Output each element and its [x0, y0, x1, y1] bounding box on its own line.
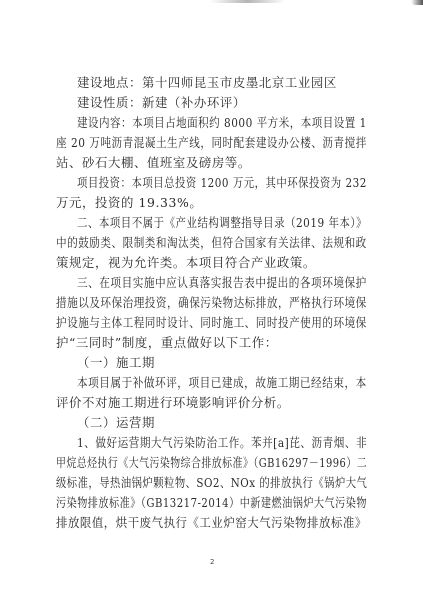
scan-edge-shadow: [210, 0, 285, 3]
text-line: 污染物排放标准》（GB13217-2014）中新建燃油锅炉大气污染物: [56, 496, 367, 510]
text-line: 1、做好运营期大气污染防治工作。苯并[a]芘、沥青烟、非: [77, 436, 367, 450]
text-line: 本项目属于补做环评，项目已建成，故施工期已经结束，本: [77, 376, 367, 390]
text-line: 护“三同时”制度，重点做好以下工作：: [56, 336, 278, 350]
text-line: 万元，投资的 19.33%。: [56, 196, 202, 210]
text-line: 级标准，导热油锅炉颗粒物、SO2、NOx 的排放执行《锅炉大气: [56, 476, 367, 490]
text-line: 护设施与主体工程同时设计、同时施工、同时投产使用的环境保: [56, 316, 367, 330]
text-line: 排放限值，烘干废气执行《工业炉窑大气污染物排放标准》: [56, 516, 367, 530]
text-line: 座 20 万吨沥青混凝土生产线，同时配套建设办公楼、沥青搅拌: [56, 136, 367, 150]
text-line: 建设性质：新建（补办环评）: [77, 96, 246, 110]
page-number: 2: [210, 558, 214, 566]
text-line: 建设内容：本项目占地面积约 8000 平方米，本项目设置 1: [77, 116, 367, 130]
text-line: 建设地点：第十四师昆玉市皮墨北京工业园区: [77, 76, 337, 90]
scan-corner-shadow: [411, 0, 423, 5]
text-line: 甲烷总烃执行《大气污染物综合排放标准》（GB16297－1996）二: [56, 456, 367, 470]
text-line: 项目投资：本项目总投资 1200 万元，其中环保投资为 232: [77, 176, 367, 190]
text-line: 中的鼓励类、限制类和淘汰类，但符合国家有关法律、法规和政: [56, 236, 367, 250]
text-line: 站、砂石大棚、值班室及磅房等。: [56, 156, 251, 170]
text-line: 策规定，视为允许类。本项目符合产业政策。: [56, 256, 316, 270]
text-line: （二）运营期: [77, 416, 155, 430]
text-line: 三、在项目实施中应认真落实报告表中提出的各项环境保护: [77, 276, 367, 290]
text-line: 措施以及环保治理投资，确保污染物达标排放，严格执行环境保: [56, 296, 367, 310]
text-line: 二、本项目不属于《产业结构调整指导目录（2019 年本）》: [77, 216, 367, 230]
text-line: （一）施工期: [77, 356, 155, 370]
text-line: 评价不对施工期进行环境影响评价分析。: [56, 396, 290, 410]
